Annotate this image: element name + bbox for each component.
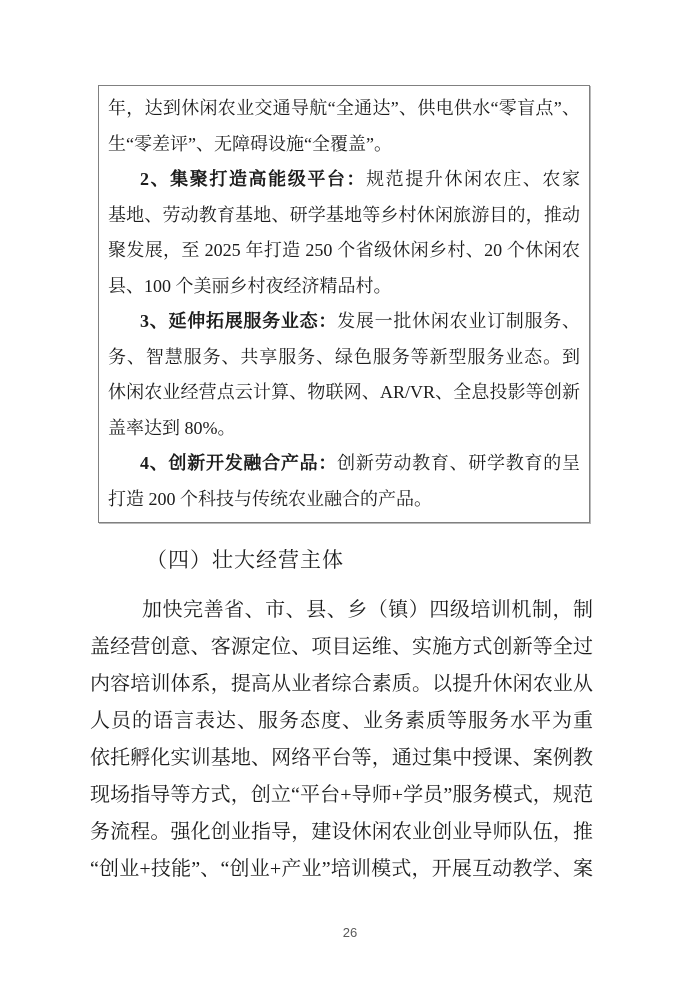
body-line: 加快完善省、市、县、乡（镇）四级培训机制，制定覆 bbox=[90, 592, 593, 629]
textbox-line: 4、创新开发融合产品：创新劳动教育、研学教育的呈现方式， bbox=[108, 446, 580, 482]
body-line: 人员的语言表达、服务态度、业务素质等服务水平为重点， bbox=[90, 703, 593, 740]
body-paragraph: 加快完善省、市、县、乡（镇）四级培训机制，制定覆 盖经营创意、客源定位、项目运维… bbox=[90, 592, 593, 888]
textbox-line: 打造 200 个科技与传统农业融合的产品。 bbox=[108, 482, 580, 518]
textbox-line-text: 县、100 个美丽乡村夜经济精品村。 bbox=[108, 276, 392, 296]
textbox-line-text: 年，达到休闲农业交通导航“全通达”、供电供水“零盲点”、公厕卫 bbox=[108, 98, 580, 127]
textbox-line: 县、100 个美丽乡村夜经济精品村。 bbox=[108, 269, 580, 305]
body-line: 盖经营创意、客源定位、项目运维、实施方式创新等全过程 bbox=[90, 629, 593, 666]
textbox-line: 聚发展，至 2025 年打造 250 个省级休闲乡村、20 个休闲农业重点 bbox=[108, 233, 580, 269]
item-number-label: 4、创新开发融合产品： bbox=[140, 453, 337, 473]
textbox-line: 2、集聚打造高能级平台：规范提升休闲农庄、农家乐、采摘 bbox=[108, 162, 580, 198]
body-line: 依托孵化实训基地、网络平台等，通过集中授课、案例教学、 bbox=[90, 740, 593, 777]
page-number: 26 bbox=[0, 925, 700, 940]
textbox-line: 休闲农业经营点云计算、物联网、AR/VR、全息投影等创新技术覆 bbox=[108, 375, 580, 411]
textbox-line: 3、延伸拓展服务业态：发展一批休闲农业订制服务、体验服 bbox=[108, 304, 580, 340]
body-line: 内容培训体系，提高从业者综合素质。以提升休闲农业从业 bbox=[90, 666, 593, 703]
textbox-line-text: 生“零差评”、无障碍设施“全覆盖”。 bbox=[108, 134, 392, 154]
item-number-label: 2、集聚打造高能级平台： bbox=[140, 169, 366, 189]
textbox-line-text: 基地、劳动教育基地、研学基地等乡村休闲旅游目的，推动集群集 bbox=[108, 205, 580, 234]
textbox-line-text: 打造 200 个科技与传统农业融合的产品。 bbox=[108, 489, 432, 509]
body-line: “创业+技能”、“创业+产业”培训模式，开展互动教学、案例 bbox=[90, 851, 593, 888]
body-line: 现场指导等方式，创立“平台+导师+学员”服务模式，规范服 bbox=[90, 777, 593, 814]
textbox-line-text: 务、智慧服务、共享服务、绿色服务等新型服务业态。到 2025 年， bbox=[108, 347, 580, 376]
item-number-label: 3、延伸拓展服务业态： bbox=[140, 311, 337, 331]
textbox-line-text: 休闲农业经营点云计算、物联网、AR/VR、全息投影等创新技术覆 bbox=[108, 382, 580, 411]
textbox-line: 基地、劳动教育基地、研学基地等乡村休闲旅游目的，推动集群集 bbox=[108, 198, 580, 234]
textbox-line: 年，达到休闲农业交通导航“全通达”、供电供水“零盲点”、公厕卫 bbox=[108, 91, 580, 127]
textbox-line: 生“零差评”、无障碍设施“全覆盖”。 bbox=[108, 127, 580, 163]
textbox-line-text: 盖率达到 80%。 bbox=[108, 418, 236, 438]
textbox-line: 务、智慧服务、共享服务、绿色服务等新型服务业态。到 2025 年， bbox=[108, 340, 580, 376]
section-heading: （四）壮大经营主体 bbox=[90, 546, 649, 574]
textbox-line: 盖率达到 80%。 bbox=[108, 411, 580, 447]
body-line: 务流程。强化创业指导，建设休闲农业创业导师队伍，推行 bbox=[90, 814, 593, 851]
document-page: 年，达到休闲农业交通导航“全通达”、供电供水“零盲点”、公厕卫 生“零差评”、无… bbox=[0, 0, 700, 990]
bordered-textbox: 年，达到休闲农业交通导航“全通达”、供电供水“零盲点”、公厕卫 生“零差评”、无… bbox=[98, 85, 590, 523]
textbox-line-text: 聚发展，至 2025 年打造 250 个省级休闲乡村、20 个休闲农业重点 bbox=[108, 240, 580, 269]
